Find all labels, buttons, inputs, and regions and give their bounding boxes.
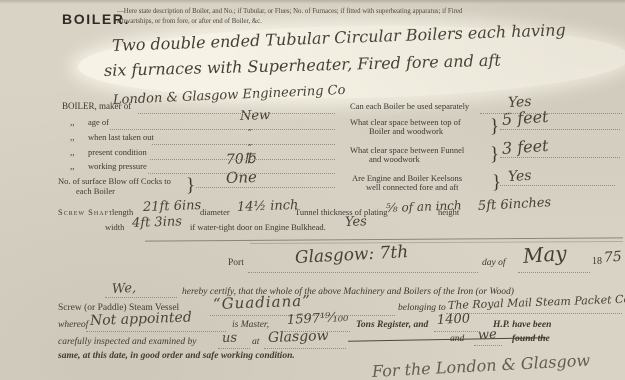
dotted-line <box>500 128 620 130</box>
tons-value: 1597¹⁹⁄₁₀₀ <box>287 310 349 328</box>
year-value: 75 <box>603 249 622 266</box>
space-funnel-brace: } <box>490 144 499 166</box>
dotted-line <box>218 347 250 349</box>
field-pressure-label: working pressure <box>88 161 147 171</box>
dotted-line <box>105 296 177 298</box>
screw-shaft-label: Screw Shaft <box>58 207 114 217</box>
shaft-diameter-label: diameter <box>200 207 230 217</box>
shaft-width-label: width <box>105 222 124 232</box>
tons-label: Tons Register, and <box>356 320 428 330</box>
ditto-mark: ,, <box>70 161 75 171</box>
whereof-label: whereof <box>58 320 88 330</box>
form-note-line2: athwartships, or from fore, or after end… <box>117 18 262 27</box>
shaft-length-value: 21ft 6ins <box>143 198 202 215</box>
dotted-line <box>110 128 335 130</box>
field-blowoff-value: One <box>226 168 257 187</box>
we2-value: we <box>478 327 498 343</box>
shaft-diameter-value: 14½ inch <box>237 198 299 215</box>
month-value: May <box>522 241 567 268</box>
shaft-width-value: 4ft 3ins <box>132 214 182 231</box>
section-divider-rule <box>250 241 623 244</box>
field-taken-out-label: when last taken out <box>88 132 154 142</box>
space-top-brace: } <box>490 116 499 138</box>
at-label: at <box>252 337 259 347</box>
cert-line5: same, at this date, in good order and sa… <box>58 351 295 361</box>
shaft-length-label: length <box>112 207 133 217</box>
keelsons-brace: } <box>492 172 501 194</box>
place-value: Glasgow <box>268 328 329 346</box>
dotted-line <box>86 330 226 332</box>
found-label: found the <box>512 334 550 344</box>
ditto-mark: ,, <box>70 132 75 142</box>
examined-by-value: us <box>222 330 238 346</box>
watertight-door-label: if water-tight door on Engine Bulkhead. <box>190 222 326 232</box>
dotted-line <box>500 184 615 186</box>
field-condition-label: present condition <box>88 147 147 157</box>
field-space-funnel-value: 3 feet <box>501 136 549 158</box>
dotted-line <box>518 271 590 273</box>
year-prefix: 18 <box>592 256 602 267</box>
day-of-label: day of <box>482 258 505 268</box>
field-space-top-value: 5 feet <box>501 107 549 129</box>
field-keelsons-value: Yes <box>508 168 532 185</box>
ditto-mark: ,, <box>70 147 75 157</box>
tunnel-plating-label: Tunnel thickness of plating <box>295 207 387 217</box>
field-keelsons-label-line2: well connected fore and aft <box>366 182 459 192</box>
dotted-line <box>248 271 478 273</box>
examined-label: carefully inspected and examined by <box>58 337 196 347</box>
master-value: Not appointed <box>90 309 192 329</box>
field-space-top-label-line2: Boiler and woodwork <box>369 126 443 136</box>
dotted-line <box>148 172 335 174</box>
field-space-funnel-label-line2: and woodwork <box>369 154 420 164</box>
vessel-name-value: “Guadiana” <box>213 292 311 313</box>
dotted-line <box>264 347 346 349</box>
is-master-label: is Master, <box>232 320 269 330</box>
field-blowoff-label-line1: No. of surface Blow off Cocks to <box>58 176 171 186</box>
dotted-line <box>434 330 480 332</box>
field-separately-label: Can each Boiler be used separately <box>350 101 469 111</box>
dotted-line <box>138 112 335 114</box>
tunnel-height-value: 5ft 6inches <box>478 195 552 214</box>
blowoff-brace: } <box>186 175 195 197</box>
dotted-line <box>196 186 335 188</box>
dotted-line <box>152 143 335 145</box>
scanned-boiler-certificate: BOILER. —Here state description of Boile… <box>0 0 625 380</box>
ditto-mark: ,, <box>70 117 75 127</box>
hp-label: H.P. have been <box>493 320 551 330</box>
port-value: Glasgow: 7th <box>294 242 408 268</box>
watertight-door-value: Yes <box>345 214 367 230</box>
tunnel-height-label: height <box>438 207 459 217</box>
field-age-value: New <box>240 108 271 124</box>
field-blowoff-label-line2: each Boiler <box>76 186 115 196</box>
port-label: Port <box>228 258 244 268</box>
dotted-line <box>480 112 622 114</box>
hp-value: 1400 <box>437 311 471 328</box>
dotted-line <box>474 344 502 346</box>
form-note-line1: —Here state description of Boiler, and N… <box>117 8 562 17</box>
belonging-label: belonging to <box>398 303 446 313</box>
dotted-line <box>150 158 335 160</box>
cert-we-value: We, <box>112 281 137 297</box>
dotted-line <box>500 156 620 158</box>
partial-signature: For the London & Glasgow <box>372 351 591 380</box>
dotted-line <box>446 312 622 314</box>
field-age-label: age of <box>88 117 109 127</box>
and-label: and <box>450 334 464 344</box>
